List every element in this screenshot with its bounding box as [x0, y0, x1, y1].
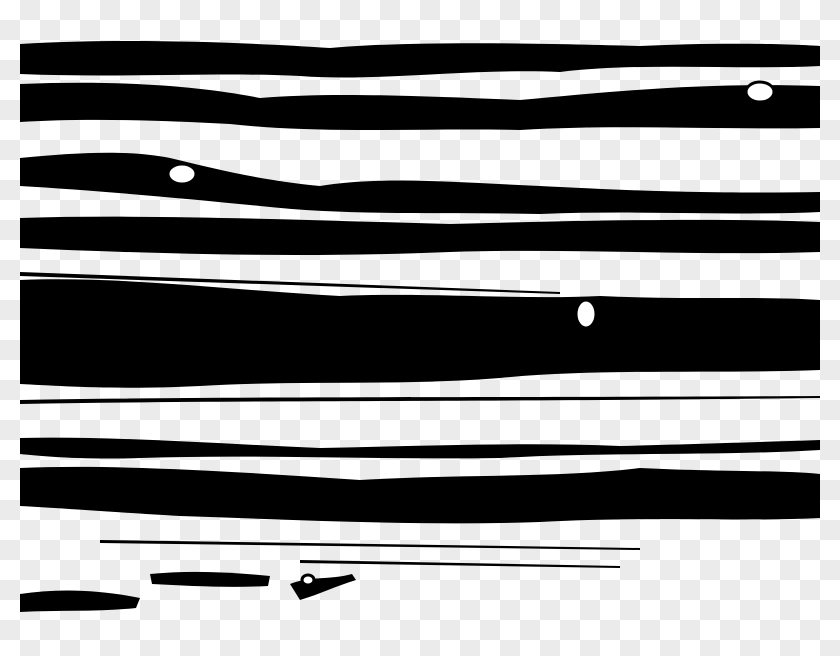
wood-grain-texture [0, 0, 840, 656]
transparent-checkerboard-canvas [0, 0, 840, 656]
